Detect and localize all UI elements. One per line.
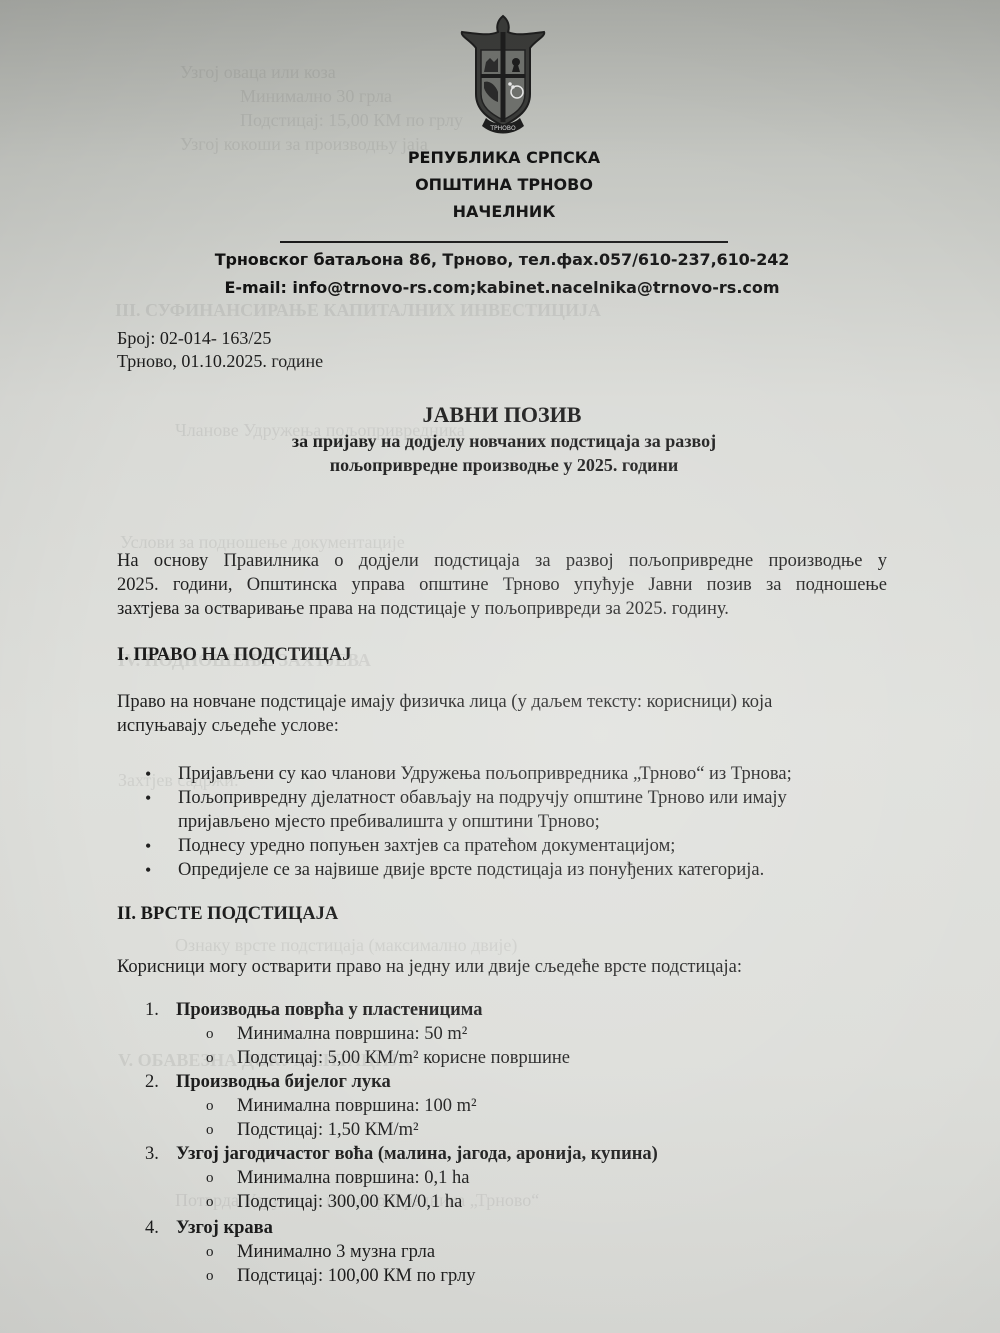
document-place-date: Трново, 01.10.2025. године [117, 351, 323, 372]
section-1-lead: Право на новчане подстицаје имају физичк… [117, 690, 877, 738]
incentive-type-item: 3. Узгој јагодичастог воћа (малина, јаго… [145, 1142, 658, 1214]
conditions-list: Пријављени су као чланови Удружења пољоп… [145, 762, 885, 882]
letterhead-republic: РЕПУБЛИКА СРПСКА [4, 148, 1000, 167]
incentive-type-item: 2. Производња бијелог лука Минимална пов… [145, 1070, 658, 1142]
incentive-detail: Минимална површина: 50 m² [206, 1022, 658, 1046]
intro-paragraph: На основу Правилника о додјели подстицај… [117, 549, 887, 621]
document-number: Број: 02-014- 163/25 [117, 328, 271, 349]
incentive-detail: Подстицај: 300,00 КМ/0,1 ha [206, 1190, 658, 1214]
section-2-lead: Корисници могу остварити право на једну … [117, 955, 887, 979]
intro-line: На основу Правилника о додјели подстицај… [117, 549, 887, 573]
document-subtitle-line-1: за пријаву на додјелу новчаних подстицај… [4, 431, 1000, 452]
letterhead-office: НАЧЕЛНИК [4, 202, 1000, 221]
condition-item: Пријављени су као чланови Удружења пољоп… [145, 762, 885, 786]
incentive-type-item: 4. Узгој крава Минимално 3 музна грла По… [145, 1216, 658, 1288]
incentive-number: 1. [145, 998, 159, 1022]
section-1-heading: I. ПРАВО НА ПОДСТИЦАЈ [117, 645, 352, 666]
incentive-title: Производња поврћа у пластеницима [176, 1000, 483, 1020]
section-1-lead-line: испуњавају сљедеће услове: [117, 714, 877, 738]
letterhead-address: Трновског батаљона 86, Трново, тел.фах.0… [2, 250, 1000, 269]
condition-item: Опредијеле се за највише двије врсте под… [145, 858, 885, 882]
document-subtitle-line-2: пољопривредне производње у 2025. години [4, 455, 1000, 476]
incentive-title: Производња бијелог лука [176, 1072, 391, 1092]
intro-line: захтјева за остваривање права на подстиц… [117, 597, 887, 621]
incentive-detail: Подстицај: 5,00 КМ/m² корисне површине [206, 1046, 658, 1070]
incentive-title: Узгој јагодичастог воћа (малина, јагода,… [176, 1144, 658, 1164]
letterhead-municipality: ОПШТИНА ТРНОВО [4, 175, 1000, 194]
bleed-through-text: III. СУФИНАНСИРАЊЕ КАПИТАЛНИХ ИНВЕСТИЦИЈ… [115, 300, 601, 321]
incentive-detail: Минимално 3 музна грла [206, 1240, 658, 1264]
bleed-through-text: Ознаку врсте подстицаја (максимално двиј… [175, 935, 517, 956]
intro-line: 2025. години, Општинска управа општине Т… [117, 573, 887, 597]
incentive-detail: Подстицај: 1,50 КМ/m² [206, 1118, 658, 1142]
incentive-detail: Минимална површина: 0,1 ha [206, 1166, 658, 1190]
document-title: ЈАВНИ ПОЗИВ [2, 402, 1000, 428]
letterhead-email: E-mail: info@trnovo-rs.com;kabinet.nacel… [2, 278, 1000, 297]
letterhead-divider [280, 241, 728, 243]
incentive-number: 3. [145, 1142, 159, 1166]
condition-item: Поднесу уредно попуњен захтјев са пратећ… [145, 834, 885, 858]
section-1-lead-line: Право на новчане подстицаје имају физичк… [117, 690, 877, 714]
municipal-coat-of-arms-icon: ТРНОВО [448, 14, 558, 140]
bleed-through-text: Подстицај: 15,00 КМ по грлу [240, 110, 463, 131]
incentive-detail: Подстицај: 100,00 КМ по грлу [206, 1264, 658, 1288]
condition-item: Пољопривредну дјелатност обављају на под… [145, 786, 858, 834]
incentive-type-item: 1. Производња поврћа у пластеницима Мини… [145, 998, 658, 1070]
section-2-heading: II. ВРСТЕ ПОДСТИЦАЈА [117, 904, 338, 925]
incentive-number: 4. [145, 1216, 159, 1240]
document-page: Узгој оваца или коза Минимално 30 грла П… [0, 0, 1000, 1333]
bleed-through-text: Минимално 30 грла [240, 86, 392, 107]
incentive-detail: Минимална површина: 100 m² [206, 1094, 658, 1118]
incentive-types-list: 1. Производња поврћа у пластеницима Мини… [145, 998, 658, 1288]
incentive-number: 2. [145, 1070, 159, 1094]
svg-text:ТРНОВО: ТРНОВО [489, 125, 516, 132]
bleed-through-text: Узгој оваца или коза [180, 62, 336, 83]
incentive-title: Узгој крава [176, 1218, 273, 1238]
